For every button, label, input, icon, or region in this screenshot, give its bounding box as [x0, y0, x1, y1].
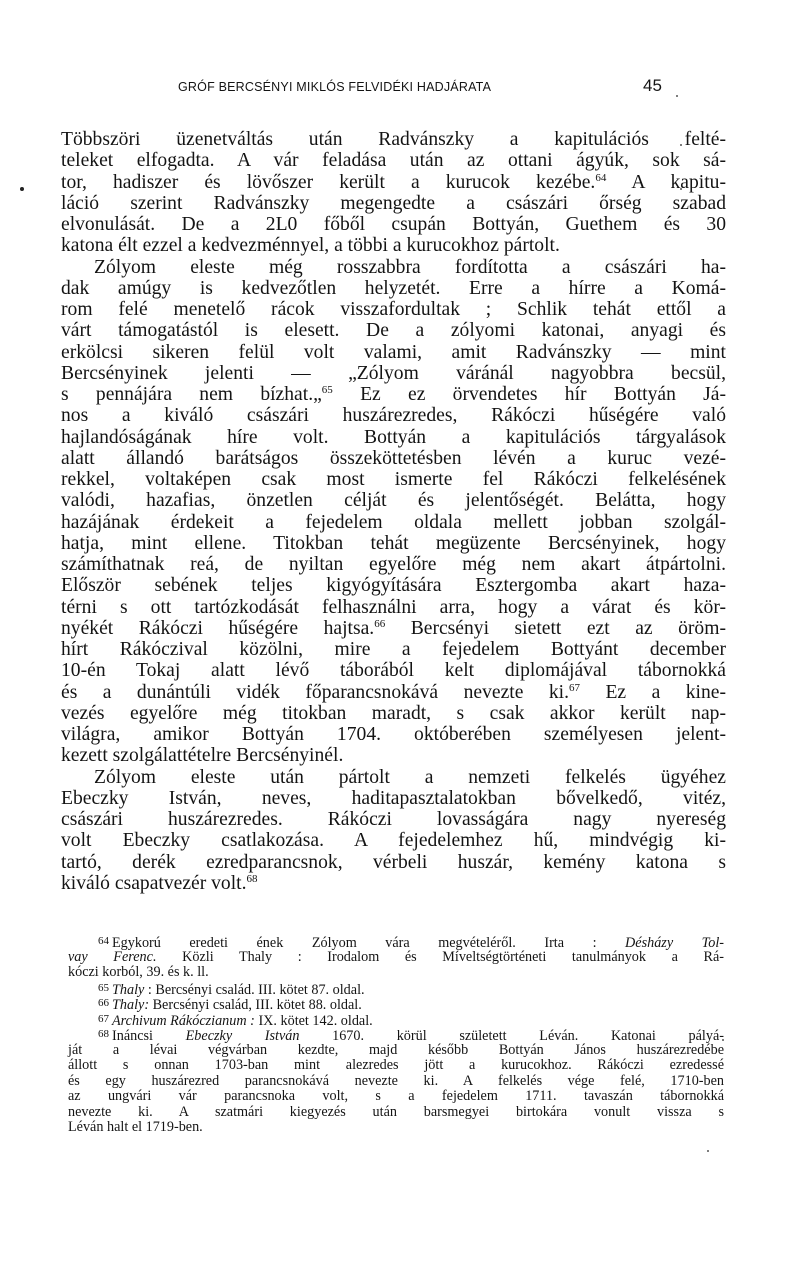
- footnote-64-line: 64Egykorú eredeti ének Zólyom vára megvé…: [68, 934, 724, 950]
- body-line: kiváló csapatvezér volt.68: [61, 873, 726, 894]
- footnote-reference: 66: [374, 618, 385, 630]
- footnote-68-line: ját a lévai végvárban kezdte, majd későb…: [68, 1043, 724, 1059]
- scan-speck: [707, 1150, 709, 1152]
- body-line: hazájának érdekeit a fejedelem oldala me…: [61, 512, 726, 533]
- body-line: várt támogatástól is elesett. De a zólyo…: [61, 320, 726, 341]
- book-page: GRÓF BERCSÉNYI MIKLÓS FELVIDÉKI HADJÁRAT…: [0, 0, 797, 1285]
- footnote-reference: 65: [322, 384, 333, 396]
- scan-speck: [20, 187, 24, 191]
- body-line: hatja, mint ellene. Titokban tehát megüz…: [61, 533, 726, 554]
- scan-speck: [676, 95, 678, 97]
- body-line: erkölcsi sikeren felül volt valami, amit…: [61, 342, 726, 363]
- body-line: elvonulását. De a 2L0 főből csupán Botty…: [61, 214, 726, 235]
- body-line: s pennájára nem bízhat.„65 Ez ez örvende…: [61, 384, 726, 405]
- body-line: 10-én Tokaj alatt lévő táborából kelt di…: [61, 660, 726, 681]
- footnote-68-line: és egy huszárezred parancsnokává nevezte…: [68, 1074, 724, 1090]
- body-line: tor, hadiszer és lövőszer került a kuruc…: [61, 172, 726, 193]
- body-line: Zólyom eleste még rosszabbra fordította …: [61, 257, 726, 278]
- body-line: számíthatnak reá, de nyiltan egyelőre mé…: [61, 554, 726, 575]
- footnote-64-line: kóczi korból, 39. és k. ll.: [68, 965, 724, 981]
- body-line: katona élt ezzel a kedvezménnyel, a több…: [61, 235, 726, 256]
- body-line: nyékét Rákóczi hűségére hajtsa.66 Bercsé…: [61, 618, 726, 639]
- body-line: tartó, derék ezredparancsnok, vérbeli hu…: [61, 852, 726, 873]
- body-line: Bercsényinek jelenti — „Zólyom váránál n…: [61, 363, 726, 384]
- body-line: nos a kiváló császári huszárezredes, Rák…: [61, 405, 726, 426]
- body-line: teleket elfogadta. A vár feladása után a…: [61, 150, 726, 171]
- footnote-65: 65Thaly : Bercsényi család. III. kötet 8…: [68, 981, 724, 997]
- running-header-title: GRÓF BERCSÉNYI MIKLÓS FELVIDÉKI HADJÁRAT…: [178, 80, 578, 94]
- body-line: láció szerint Radvánszky megengedte a cs…: [61, 193, 726, 214]
- body-line: Először sebének teljes kigyógyítására Es…: [61, 575, 726, 596]
- footnote-68-line: 68Ináncsi Ebeczky István 1670. körül szü…: [68, 1027, 724, 1043]
- body-line: Ebeczky István, neves, haditapasztalatok…: [61, 788, 726, 809]
- body-line: hírt Rákóczival közölni, mire a fejedele…: [61, 639, 726, 660]
- body-line: valódi, hazafias, önzetlen célját és jel…: [61, 490, 726, 511]
- body-line: rekkel, voltaképen csak most ismerte fel…: [61, 469, 726, 490]
- body-line: alatt állandó barátságos összeköttetésbe…: [61, 448, 726, 469]
- footnote-68-line: az ungvári vár parancsnoka volt, s a fej…: [68, 1089, 724, 1105]
- footnote-67: 67Archivum Rákóczianum : IX. kötet 142. …: [68, 1012, 724, 1028]
- body-line: térni s ott tartózkodását felhasználni a…: [61, 597, 726, 618]
- body-line: dak amúgy is kedvezőtlen helyzetét. Erre…: [61, 278, 726, 299]
- footnotes: 64Egykorú eredeti ének Zólyom vára megvé…: [68, 934, 724, 1136]
- footnote-reference: 68: [247, 873, 258, 885]
- footnote-68-line: állott s onnan 1703-ban mint alezredes j…: [68, 1058, 724, 1074]
- body-line: rom felé menetelő rácok visszafordultak …: [61, 299, 726, 320]
- body-line: vezés egyelőre még titokban maradt, s cs…: [61, 703, 726, 724]
- footnote-68-line: nevezte ki. A szatmári kiegyezés után ba…: [68, 1105, 724, 1121]
- body-line: császári huszárezredes. Rákóczi lovasság…: [61, 809, 726, 830]
- footnote-reference: 67: [569, 682, 580, 694]
- body-line: hajlandóságának híre volt. Bottyán a kap…: [61, 427, 726, 448]
- body-line: Zólyom eleste után pártolt a nemzeti fel…: [61, 767, 726, 788]
- footnote-68-line: Léván halt el 1719-ben.: [68, 1120, 724, 1136]
- body-line: volt Ebeczky csatlakozása. A fejedelemhe…: [61, 830, 726, 851]
- body-line: világra, amikor Bottyán 1704. októberébe…: [61, 724, 726, 745]
- body-line: Többszöri üzenetváltás után Radvánszky a…: [61, 129, 726, 150]
- footnote-reference: 64: [595, 172, 606, 184]
- footnote-66: 66Thaly: Bercsényi család, III. kötet 88…: [68, 996, 724, 1012]
- footnote-64-line: vay Ferenc. Közli Thaly : Irodalom és Mí…: [68, 950, 724, 966]
- body-line: kezett szolgálattételre Bercsényinél.: [61, 745, 726, 766]
- main-body-text: Többszöri üzenetváltás után Radvánszky a…: [61, 129, 726, 894]
- page-number: 45: [643, 76, 662, 96]
- body-line: és a dunántúli vidék főparancsnokává nev…: [61, 682, 726, 703]
